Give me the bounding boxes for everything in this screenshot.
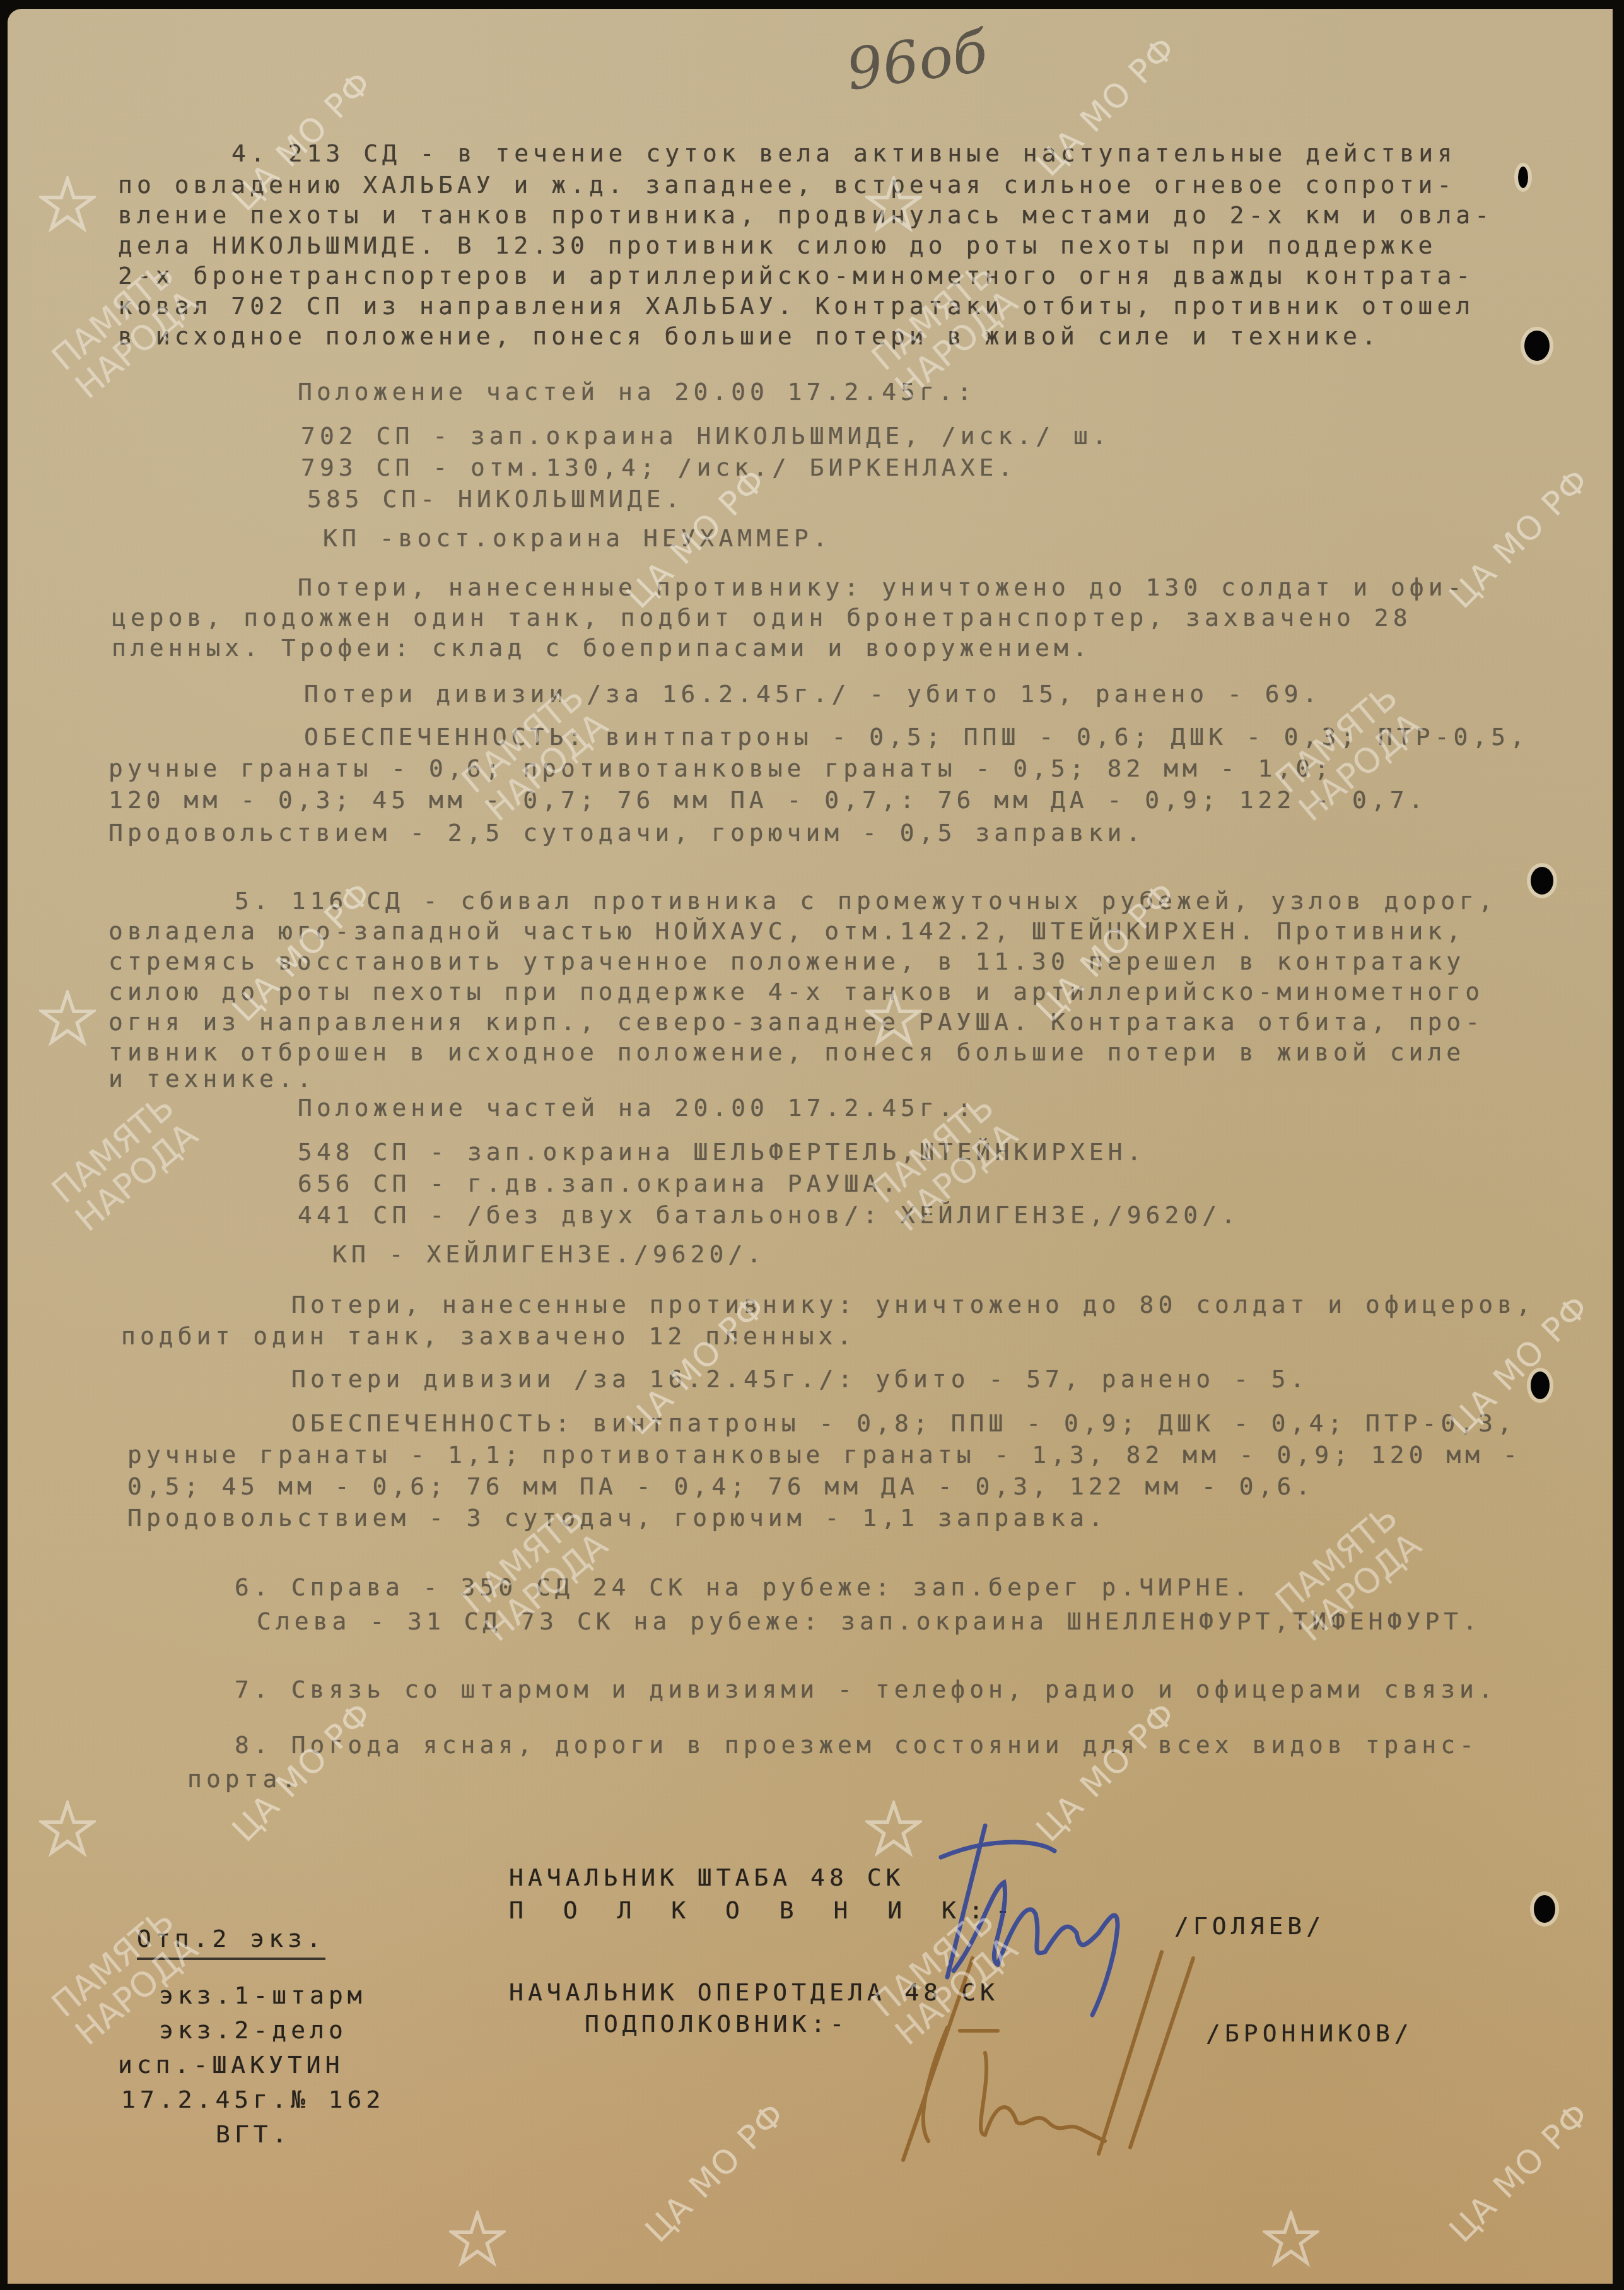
section4-line: ковал 702 СП из направления ХАЛЬБАУ. Кон…	[118, 291, 1475, 321]
section4-position: 702 СП - зап.окраина НИКОЛЬШМИДЕ, /иск./…	[301, 421, 1111, 451]
section4-line: по овладению ХАЛЬБАУ и ж.д. западнее, вс…	[118, 170, 1456, 200]
section5-line: огня из направления кирп., северо-западн…	[108, 1007, 1484, 1037]
chief-of-staff-title: НАЧАЛЬНИК ШТАБА 48 СК	[509, 1862, 904, 1893]
section5-supply: Продовольствием - 3 сутодач, горючим - 1…	[127, 1503, 1107, 1533]
section5-position: КП - ХЕЙЛИГЕНЗЕ./9620/.	[332, 1239, 766, 1269]
section5-supply: ручные гранаты - 1,1; противотанковые гр…	[127, 1440, 1522, 1470]
punch-hole	[1524, 331, 1550, 361]
ops-chief-rank: ПОДПОЛКОВНИК:-	[585, 2009, 848, 2039]
archive-page-number: 96об	[843, 18, 991, 103]
section5-supply: 0,5; 45 мм - 0,6; 76 мм ПА - 0,4; 76 мм …	[127, 1471, 1314, 1501]
section4-enemy-losses: пленных. Трофеи: склад с боеприпасами и …	[112, 633, 1092, 663]
section5-line: 5. 116 СД - сбивал противника с промежут…	[235, 886, 1497, 916]
section4-supply: ОБЕСПЕЧЕННОСТЬ: винтпатроны - 0,5; ППШ -…	[304, 722, 1529, 752]
section5-line: силою до роты пехоты при поддержке 4-х т…	[108, 977, 1484, 1007]
date-number: 17.2.45г.№ 162	[121, 2084, 385, 2115]
section4-enemy-losses: церов, подожжен один танк, подбит один б…	[112, 602, 1412, 633]
typist-initials: ВГТ.	[216, 2119, 291, 2149]
section5-position: 441 СП - /без двух батальонов/: ХЕЙЛИГЕН…	[298, 1200, 1240, 1230]
section4-enemy-losses: Потери, нанесенные противнику: уничтожен…	[298, 572, 1466, 602]
section6-left: Слева - 31 СД 73 СК на рубеже: зап.окраи…	[257, 1606, 1481, 1636]
section4-position: КП -вост.окраина НЕУХАММЕР.	[323, 523, 832, 553]
watermark-archive: ЦА МО РФ	[638, 2095, 793, 2250]
executor: исп.-ШАКУТИН	[118, 2050, 344, 2080]
signature-brown-icon	[891, 1933, 1294, 2173]
copies-count: Отп.2 экз.	[137, 1923, 325, 1960]
section4-line: вление пехоты и танков противника, продв…	[118, 200, 1493, 230]
section4-supply: 120 мм - 0,3; 45 мм - 0,7; 76 мм ПА - 0,…	[108, 785, 1427, 815]
section4-line: дела НИКОЛЬШМИДЕ. В 12.30 противник сило…	[118, 230, 1437, 261]
section5-division-losses: Потери дивизии /за 16.2.45г./: убито - 5…	[291, 1364, 1309, 1394]
section5-enemy-losses: подбит один танк, захвачено 12 пленных.	[121, 1321, 856, 1351]
star-icon	[449, 2211, 506, 2267]
section5-line: стремясь восстановить утраченное положен…	[108, 946, 1465, 977]
copy-2: экз.2-дело	[159, 2015, 348, 2045]
section5-line: овладела юго-западной частью НОЙХАУС, от…	[108, 916, 1465, 946]
star-icon	[39, 990, 96, 1047]
star-icon	[39, 176, 96, 233]
star-icon	[39, 1800, 96, 1857]
section8-line: порта.	[187, 1764, 300, 1794]
section4-line: 4. 213 СД - в течение суток вела активны…	[231, 138, 1456, 168]
punch-hole	[1518, 167, 1528, 188]
section7: 7. Связь со штармом и дивизиями - телефо…	[235, 1674, 1497, 1705]
star-icon	[865, 176, 922, 233]
punch-hole	[1531, 1371, 1550, 1399]
section4-line: 2-х бронетранспортеров и артиллерийско-м…	[118, 261, 1475, 291]
star-icon	[865, 990, 922, 1047]
section6-right: 6. Справа - 350 СД 24 СК на рубеже: зап.…	[235, 1572, 1252, 1602]
section5-line: и технике..	[108, 1064, 316, 1094]
section4-position: 793 СП - отм.130,4; /иск./ БИРКЕНЛАХЕ.	[301, 452, 1017, 483]
section5-line: тивник отброшен в исходное положение, по…	[108, 1037, 1465, 1067]
section4-position: 585 СП- НИКОЛЬШМИДЕ.	[307, 484, 684, 514]
section5-enemy-losses: Потери, нанесенные противнику: уничтожен…	[291, 1289, 1535, 1320]
watermark-project: ПАМЯТЬ НАРОДА	[45, 1088, 204, 1238]
copy-1: экз.1-штарм	[159, 1980, 366, 2011]
section4-positions-header: Положение частей на 20.00 17.2.45г.:	[298, 377, 976, 407]
section8-line: 8. Погода ясная, дороги в проезжем состо…	[235, 1730, 1478, 1760]
section4-supply: Продовольствием - 2,5 сутодачи, горючим …	[108, 818, 1145, 848]
star-icon	[865, 1800, 922, 1857]
section4-division-losses: Потери дивизии /за 16.2.45г./ - убито 15…	[304, 679, 1321, 709]
section5-position: 548 СП - зап.окраина ШЕЛЬФЕРТЕЛЬ,ШТЕЙНКИ…	[298, 1137, 1146, 1167]
star-icon	[1263, 2211, 1319, 2267]
section5-positions-header: Положение частей на 20.00 17.2.45г.:	[298, 1093, 976, 1123]
section5-supply: ОБЕСПЕЧЕННОСТЬ: винтпатроны - 0,8; ППШ -…	[291, 1408, 1516, 1438]
punch-hole	[1534, 1895, 1555, 1923]
document-page: 96об 4. 213 СД - в течение суток вела ак…	[8, 9, 1613, 2284]
section5-position: 656 СП - г.дв.зап.окраина РАУША.	[298, 1168, 901, 1199]
section4-line: в исходное положение, понеся большие пот…	[118, 321, 1381, 351]
punch-hole	[1531, 867, 1553, 895]
section4-supply: ручные гранаты - 0,6; противотанковые гр…	[108, 753, 1333, 784]
watermark-archive: ЦА МО РФ	[1442, 2095, 1597, 2250]
